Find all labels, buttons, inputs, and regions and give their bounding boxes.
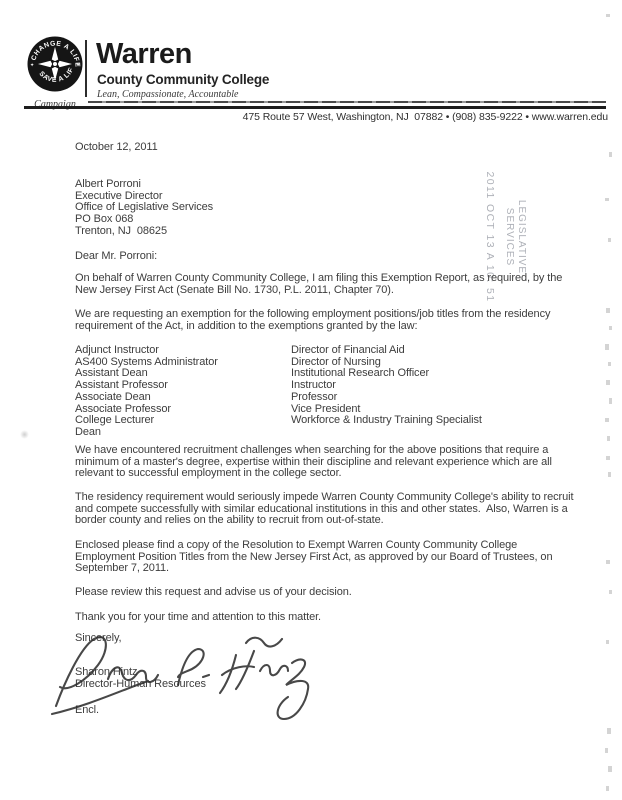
svg-text:✦: ✦ [30, 63, 34, 69]
letter-line: The residency requirement would seriousl… [75, 492, 573, 504]
paragraph-5: Enclosed please find a copy of the Resol… [75, 540, 552, 575]
handwritten-signature [50, 626, 320, 724]
positions-column-2: Director of Financial Aid Director of Nu… [291, 345, 482, 439]
position-title: Adjunct Instructor [75, 345, 291, 357]
header-rule-thin [88, 101, 606, 103]
position-title: Workforce & Industry Training Specialist [291, 415, 482, 427]
paragraph-4: The residency requirement would seriousl… [75, 492, 573, 527]
positions-column-1: Adjunct Instructor AS400 Systems Adminis… [75, 345, 291, 439]
letter-line: relevant to successful employment in the… [75, 468, 552, 480]
position-titles-list: Adjunct Instructor AS400 Systems Adminis… [75, 345, 482, 439]
position-title: Associate Dean [75, 392, 291, 404]
svg-text:✦: ✦ [76, 63, 80, 69]
paragraph-2: We are requesting an exemption for the f… [75, 309, 550, 332]
scan-smudge [20, 430, 29, 439]
letter-line: We have encountered recruitment challeng… [75, 445, 552, 457]
paragraph-1: On behalf of Warren County Community Col… [75, 273, 562, 296]
paragraph-6: Please review this request and advise us… [75, 587, 352, 599]
letter-line: requirement of the Act, in addition to t… [75, 321, 550, 333]
seal-icon: CHANGE A LIFE SAVE A LIFE ✦ ✦ [26, 35, 84, 93]
letter-line: On behalf of Warren County Community Col… [75, 273, 562, 285]
position-title: College Lecturer [75, 415, 291, 427]
paragraph-7: Thank you for your time and attention to… [75, 612, 321, 624]
recipient-address-block: Albert Porroni Executive Director Office… [75, 179, 213, 238]
position-title: Director of Financial Aid [291, 345, 482, 357]
scanned-letter-page: CHANGE A LIFE SAVE A LIFE ✦ ✦ Campaign W… [0, 0, 622, 800]
header-divider [85, 40, 87, 97]
recipient-line: Albert Porroni [75, 179, 213, 191]
paragraph-3: We have encountered recruitment challeng… [75, 445, 552, 480]
letter-date: October 12, 2011 [75, 142, 158, 154]
letter-line: border county and relies on the ability … [75, 515, 573, 527]
position-title: Professor [291, 392, 482, 404]
org-subtitle: County Community College [97, 72, 269, 87]
letter-line: We are requesting an exemption for the f… [75, 309, 550, 321]
recipient-line: Trenton, NJ 08625 [75, 226, 213, 238]
header-rule-thick [24, 106, 606, 109]
letter-line: New Jersey First Act (Senate Bill No. 17… [75, 285, 562, 297]
college-seal-logo: CHANGE A LIFE SAVE A LIFE ✦ ✦ Campaign [24, 35, 86, 110]
org-tagline: Lean, Compassionate, Accountable [97, 89, 238, 100]
salutation: Dear Mr. Porroni: [75, 251, 157, 263]
position-title: Dean [75, 427, 291, 439]
letter-line: September 7, 2011. [75, 563, 552, 575]
letter-line: Enclosed please find a copy of the Resol… [75, 540, 552, 552]
org-name: Warren [96, 38, 192, 71]
contact-info-line: 475 Route 57 West, Washington, NJ 07882 … [243, 111, 608, 123]
